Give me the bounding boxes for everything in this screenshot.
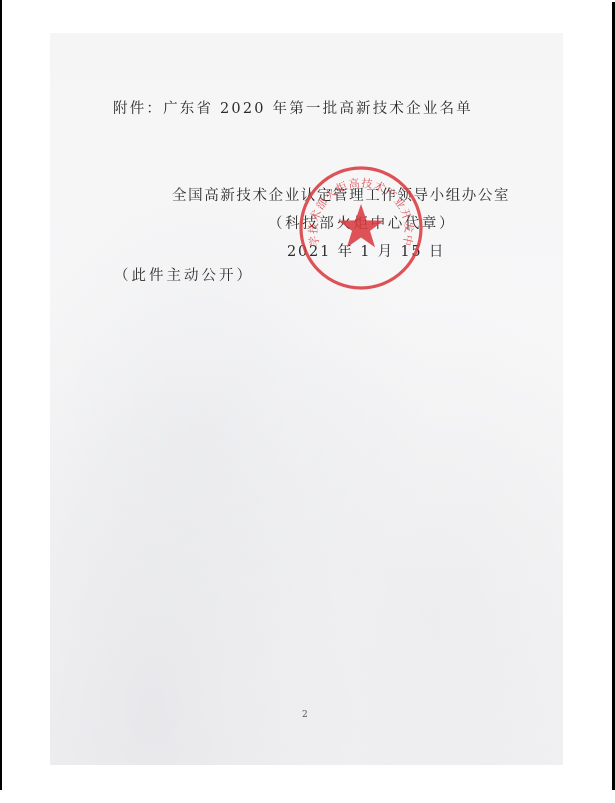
issue-date: 2021 年 1 月 15 日	[287, 240, 445, 261]
disclosure-note: （此件主动公开）	[114, 264, 254, 285]
issuer-name: 全国高新技术企业认定管理工作领导小组办公室	[172, 184, 510, 205]
left-frame-border	[0, 0, 2, 790]
seal-note: （科技部火炬中心代章）	[268, 212, 456, 233]
attachment-line: 附件：广东省 2020 年第一批高新技术企业名单	[113, 97, 473, 118]
page-number: 2	[302, 710, 308, 720]
scanned-page	[50, 33, 563, 765]
